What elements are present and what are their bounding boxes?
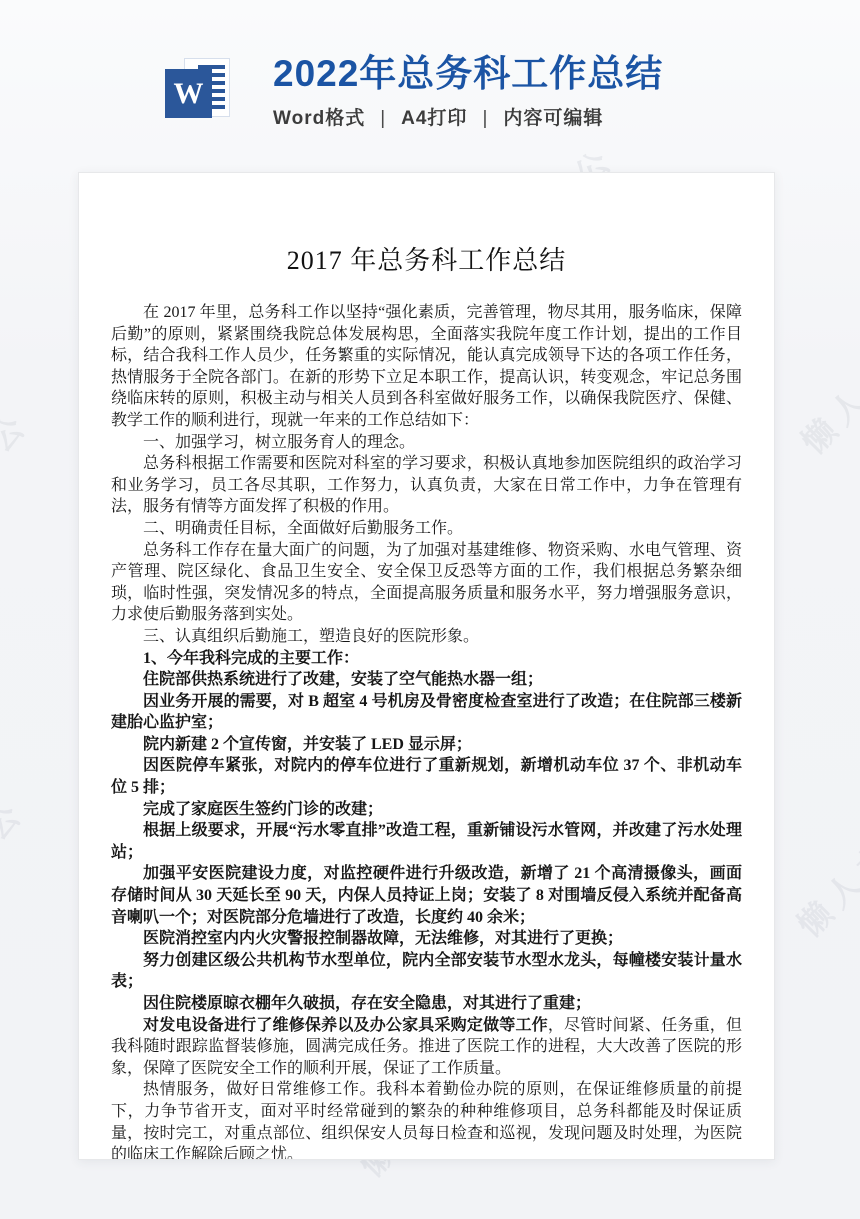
meta-editable: 内容可编辑 — [503, 108, 603, 129]
paragraph: 努力创建区级公共机构节水型单位，院内全部安装节水型水龙头，每幢楼安装计量水表； — [111, 950, 742, 993]
header-text: 2022年总务科工作总结 Word格式|A4打印|内容可编辑 — [273, 55, 663, 130]
meta-separator: | — [380, 108, 386, 129]
paragraph: 热情服务，做好日常维修工作。我科本着勤俭办院的原则，在保证维修质量的前提下，力争… — [111, 1079, 742, 1160]
document-title: 2017 年总务科工作总结 — [111, 240, 742, 277]
paragraph: 完成了家庭医生签约门诊的改建； — [111, 799, 742, 821]
header: W 2022年总务科工作总结 Word格式|A4打印|内容可编辑 — [163, 55, 663, 130]
word-icon-letter: W — [165, 69, 212, 118]
paragraph: 因医院停车紧张，对院内的停车位进行了重新规划，新增机动车位 37 个、非机动车位… — [111, 755, 742, 798]
meta-word-format: Word格式 — [273, 108, 365, 129]
paragraph: 总务科工作存在量大面广的问题，为了加强对基建维修、物资采购、水电气管理、资产管理… — [111, 540, 742, 626]
paragraph: 医院消控室内内火灾警报控制器故障，无法维修，对其进行了更换； — [111, 928, 742, 950]
meta-separator: | — [482, 108, 488, 129]
paragraph: 因业务开展的需要，对 B 超室 4 号机房及骨密度检查室进行了改造；在住院部三楼… — [111, 691, 742, 734]
paragraph: 总务科根据工作需要和医院对科室的学习要求，积极认真地参加医院组织的政治学习和业务… — [111, 453, 742, 518]
page-preview-screen: 懒人办公 懒人办公 懒人办公 懒人办公 懒人办公 懒人办公 W 2022年总务科… — [0, 0, 860, 1219]
paragraph: 在 2017 年里，总务科工作以坚持“强化素质，完善管理，物尽其用，服务临床，保… — [111, 302, 742, 432]
watermark: 懒人办公 — [0, 399, 39, 548]
watermark: 懒人办公 — [785, 797, 860, 946]
meta-a4-print: A4打印 — [401, 108, 467, 129]
paragraph: 根据上级要求，开展“污水零直排”改造工程，重新铺设污水管网，并改建了污水处理站； — [111, 820, 742, 863]
watermark: 懒人办公 — [0, 787, 35, 936]
paragraph: 对发电设备进行了维修保养以及办公家具采购定做等工作，尽管时间紧、任务重，但我科随… — [111, 1015, 742, 1080]
paragraph: 二、明确责任目标，全面做好后勤服务工作。 — [111, 518, 742, 540]
paragraph: 因住院楼原晾衣棚年久破损，存在安全隐患，对其进行了重建； — [111, 993, 742, 1015]
word-logo-icon: W — [163, 55, 233, 127]
page-title: 2022年总务科工作总结 — [273, 55, 663, 94]
paragraph: 院内新建 2 个宣传窗，并安装了 LED 显示屏； — [111, 734, 742, 756]
document-body: 在 2017 年里，总务科工作以坚持“强化素质，完善管理，物尽其用，服务临床，保… — [111, 302, 742, 1160]
format-meta: Word格式|A4打印|内容可编辑 — [273, 103, 663, 130]
paragraph: 1、今年我科完成的主要工作： — [111, 648, 742, 670]
document-page: 2017 年总务科工作总结 在 2017 年里，总务科工作以坚持“强化素质，完善… — [78, 172, 775, 1160]
paragraph: 一、加强学习，树立服务育人的理念。 — [111, 432, 742, 454]
paragraph: 住院部供热系统进行了改建，安装了空气能热水器一组； — [111, 669, 742, 691]
paragraph: 加强平安医院建设力度，对监控硬件进行升级改造，新增了 21 个高清摄像头，画面存… — [111, 863, 742, 928]
paragraph: 三、认真组织后勤施工，塑造良好的医院形象。 — [111, 626, 742, 648]
watermark: 懒人办公 — [789, 314, 860, 463]
